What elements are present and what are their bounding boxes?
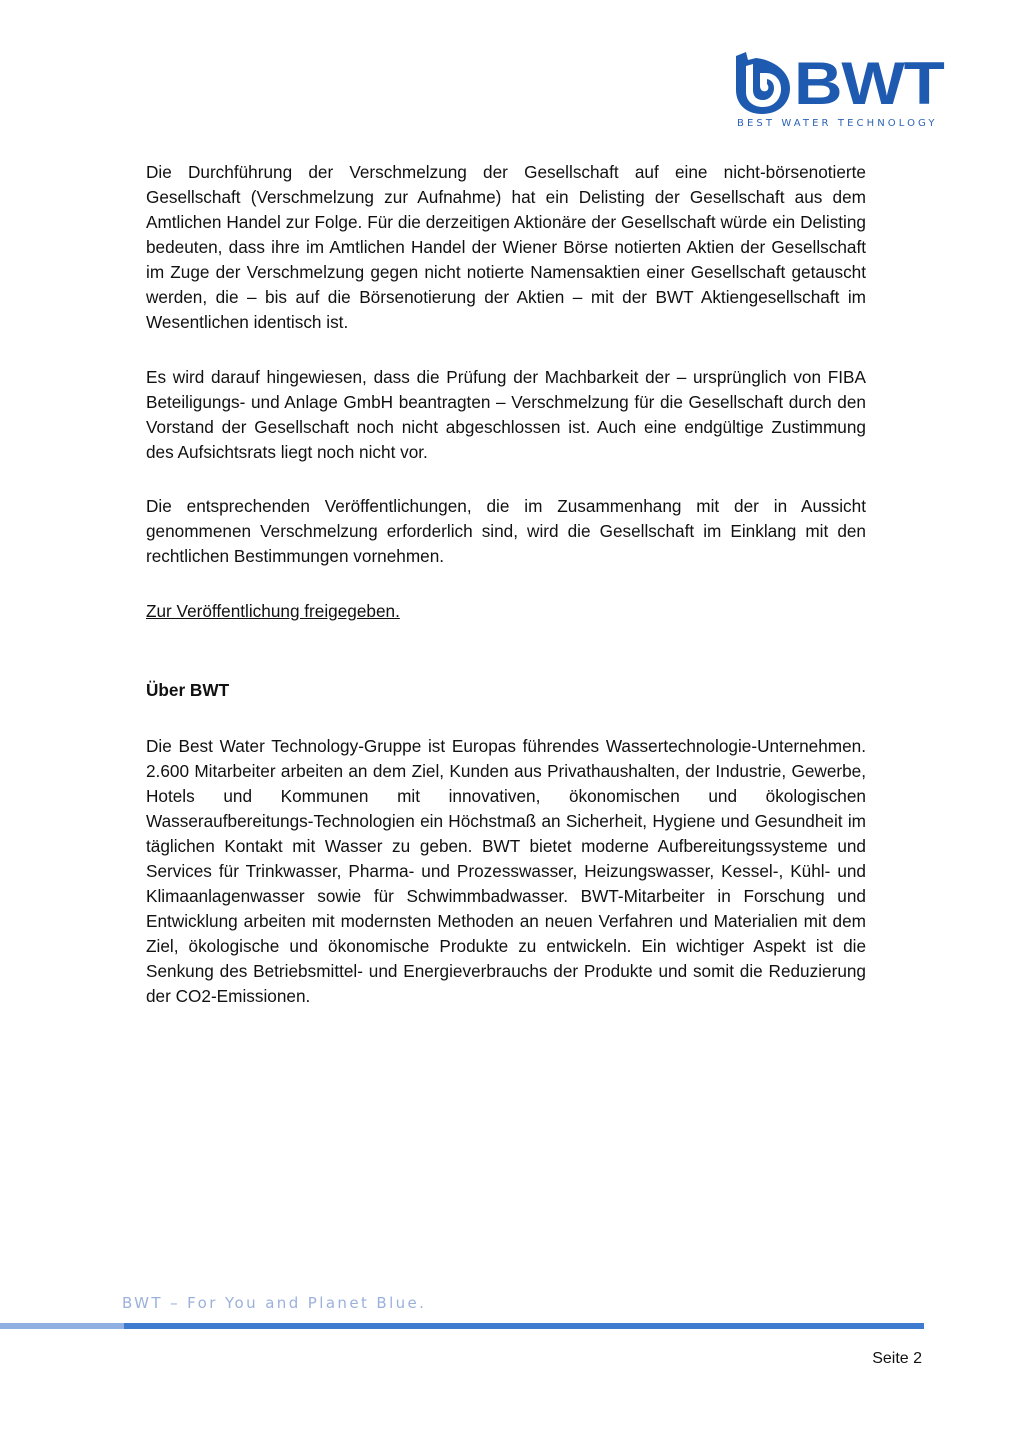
bwt-drop-logo-icon [734,52,792,114]
about-paragraph: Die Best Water Technology-Gruppe ist Eur… [146,734,866,1009]
paragraph-feasibility: Es wird darauf hingewiesen, dass die Prü… [146,365,866,465]
page-number: Seite 2 [872,1350,922,1368]
logo-tagline: BEST WATER TECHNOLOGY [737,118,938,129]
release-note: Zur Veröffentlichung freigegeben. [146,599,400,624]
paragraph-publications: Die entsprechenden Veröffentlichungen, d… [146,494,866,569]
logo-wordmark: BWT [794,54,944,114]
about-heading: Über BWT [146,678,229,703]
bwt-logo: BWT BEST WATER TECHNOLOGY [734,52,946,132]
footer-slogan: BWT – For You and Planet Blue. [122,1294,426,1312]
footer-divider-light [0,1323,124,1329]
paragraph-delisting: Die Durchführung der Verschmelzung der G… [146,160,866,335]
footer-divider-dark [124,1323,924,1329]
